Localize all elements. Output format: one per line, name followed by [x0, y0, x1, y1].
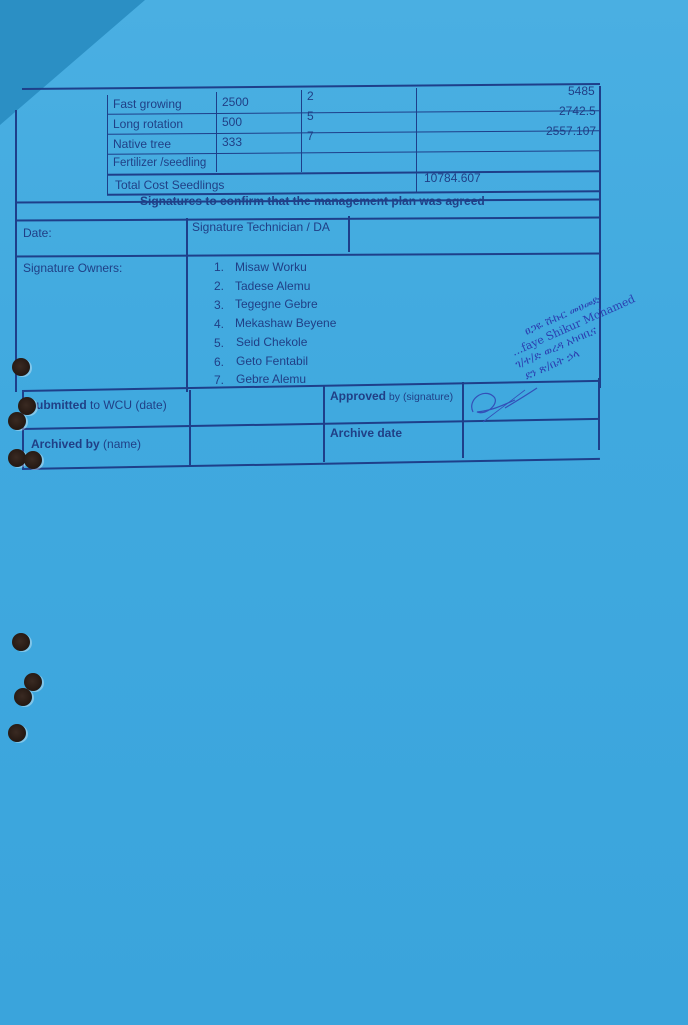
owner-name: Mekashaw Beyene — [235, 316, 336, 330]
total-label: Total Cost Seedlings — [115, 178, 224, 192]
document-page — [0, 0, 688, 1025]
owners-label: Signature Owners: — [23, 261, 122, 275]
row-quantity: 500 — [222, 115, 242, 129]
total-value: 10784.607 — [424, 171, 481, 185]
archive-date-label: Archive date — [330, 426, 402, 440]
punch-hole — [24, 451, 42, 469]
signatures-heading: Signatures to confirm that the managemen… — [140, 194, 485, 208]
owner-name: Seid Chekole — [236, 335, 307, 349]
row-quantity: 333 — [222, 135, 242, 149]
punch-hole — [12, 358, 30, 376]
row-quantity: 2500 — [222, 95, 249, 109]
row-unit-price: 2 — [307, 89, 314, 103]
date-label: Date: — [23, 226, 52, 240]
row-label: Native tree — [113, 137, 171, 151]
owner-number: 3. — [214, 298, 224, 312]
owner-name: Tadese Alemu — [235, 279, 310, 293]
punch-hole — [12, 633, 30, 651]
owner-number: 6. — [214, 355, 224, 369]
approved-by-label: Approved by (signature) — [330, 389, 453, 403]
punch-hole — [8, 412, 26, 430]
row-label: Fertilizer /seedling — [113, 157, 206, 169]
owner-number: 7. — [214, 373, 224, 387]
row-unit-price: 5 — [307, 109, 314, 123]
owner-number: 4. — [214, 317, 224, 331]
technician-signature-label: Signature Technician / DA — [192, 220, 330, 234]
row-unit-price: 7 — [307, 129, 314, 143]
owner-name: Tegegne Gebre — [235, 297, 318, 311]
archived-by-label: Archived by (name) — [31, 437, 141, 451]
row-total: 2557.107 — [546, 124, 596, 138]
row-total: 2742.5 — [559, 104, 596, 118]
row-label: Fast growing — [113, 97, 182, 111]
row-total: 5485 — [568, 84, 595, 98]
owner-number: 2. — [214, 279, 224, 293]
owner-name: Gebre Alemu — [236, 372, 306, 386]
punch-hole — [8, 724, 26, 742]
owner-name: Geto Fentabil — [236, 354, 308, 368]
punch-hole — [14, 688, 32, 706]
owner-number: 1. — [214, 260, 224, 274]
owner-name: Misaw Worku — [235, 260, 307, 274]
owner-number: 5. — [214, 336, 224, 350]
submitted-to-wcu-label: ubmitted to WCU (date) — [36, 398, 167, 412]
row-label: Long rotation — [113, 117, 183, 131]
